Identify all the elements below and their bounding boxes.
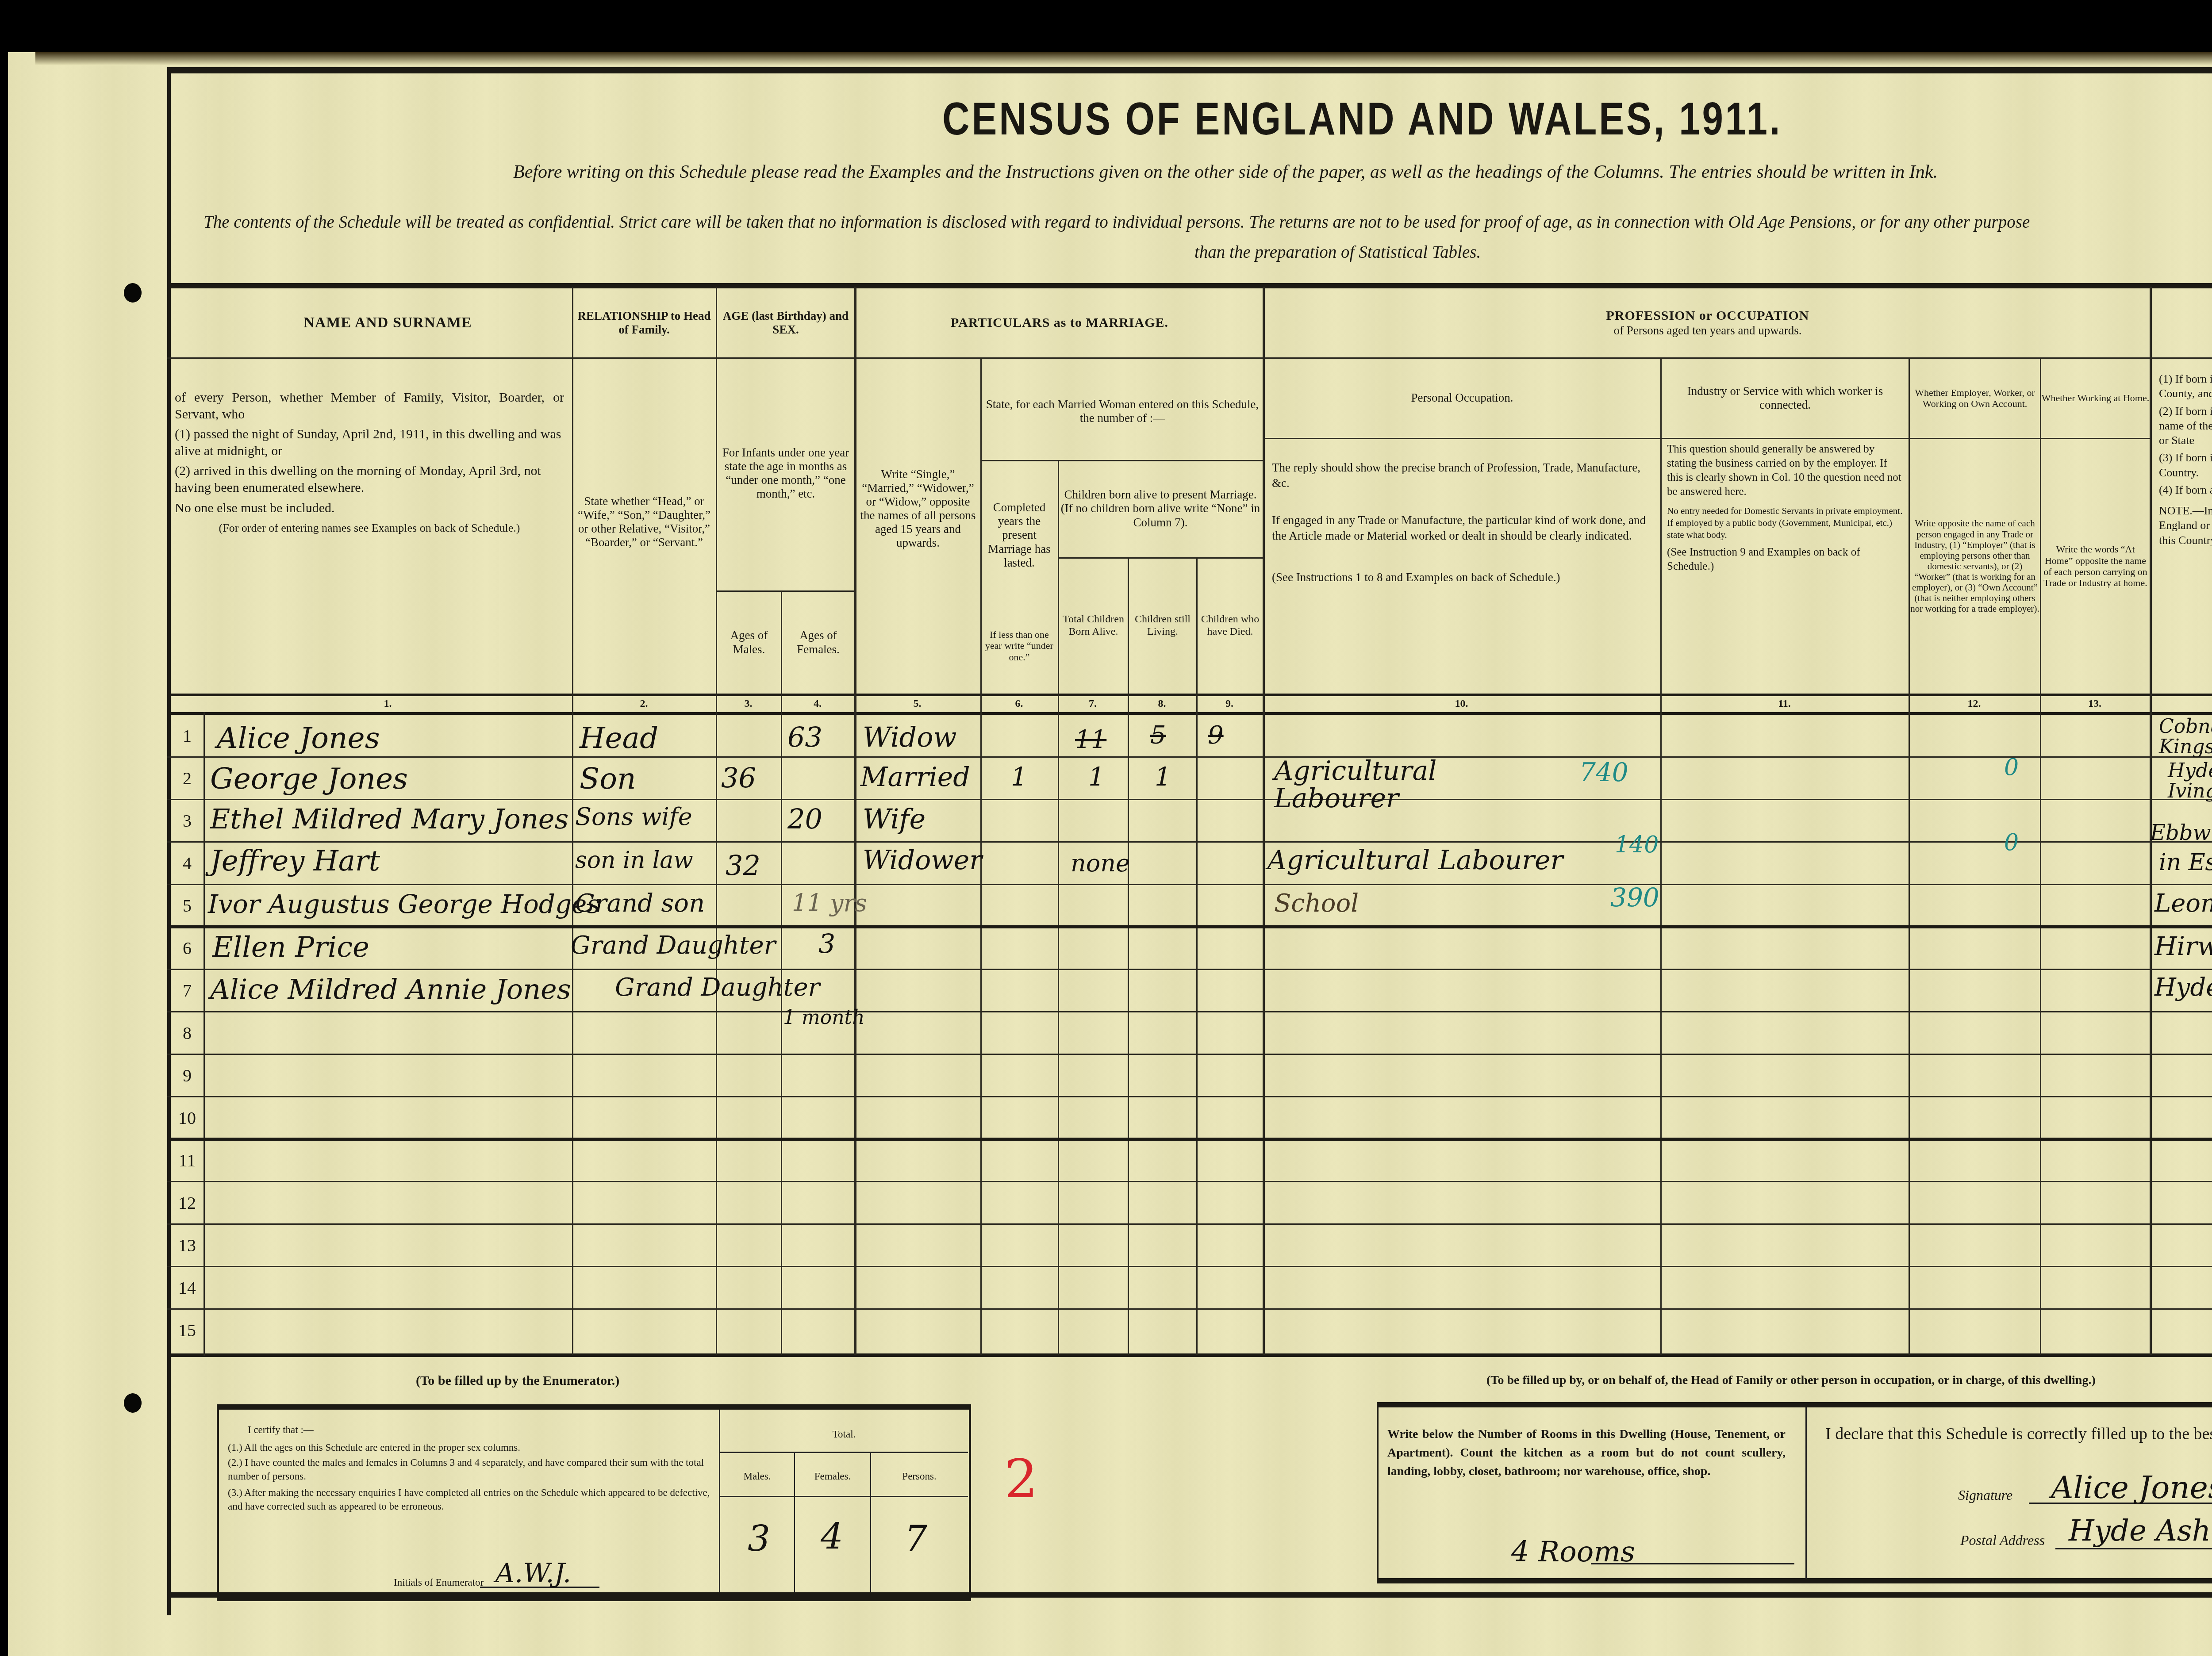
col-divider-9 <box>1196 557 1198 1355</box>
entry-condition[interactable]: Widow <box>863 721 957 753</box>
entry-children-living[interactable]: 1 <box>1155 762 1171 792</box>
red-tally-mark: 2 <box>1004 1449 1038 1510</box>
row-line <box>167 1011 2212 1012</box>
entry-birthplace[interactable]: in Essex <box>2159 849 2212 876</box>
heading-relationship: RELATIONSHIP to Head of Family. <box>573 290 715 356</box>
entry-birthplace[interactable]: Cobnash Parish of Kingsland Herefords <box>2159 717 2212 757</box>
industry-text-3: If employed by a public body (Government… <box>1667 517 1904 541</box>
row-number: 10 <box>172 1108 203 1128</box>
birthplace-item-4: (4) If born at sea, write “At Sea.” <box>2159 483 2212 497</box>
row-number: 2 <box>172 768 203 789</box>
name-intro: of every Person, whether Member of Famil… <box>175 389 564 423</box>
row-line <box>167 1266 2212 1267</box>
heading-children-living: Children still Living. <box>1129 575 1196 677</box>
colnum-5: 5. <box>854 698 980 710</box>
entry-birthplace[interactable]: Hirwain Monmouths <box>2154 931 2212 961</box>
col-divider-10 <box>1263 287 1265 1355</box>
entry-relationship[interactable]: Grand Daughter <box>571 931 776 960</box>
table-top-border <box>167 283 2212 288</box>
row-number: 8 <box>172 1023 203 1043</box>
heading-employer: Whether Employer, Worker, or Working on … <box>1910 360 2039 436</box>
heading-years-married: Completed years the present Marriage has… <box>981 469 1057 602</box>
entry-occupation[interactable]: School <box>1274 889 1359 918</box>
certify-item-1: (1.) All the ages on this Schedule are e… <box>228 1441 710 1454</box>
entry-name[interactable]: Ethel Mildred Mary Jones <box>210 803 568 835</box>
entry-relationship[interactable]: son in law <box>575 847 693 874</box>
occupation-title: PROFESSION or OCCUPATION <box>1606 308 1809 324</box>
married-woman-instructions: State, for each Married Woman entered on… <box>983 367 1262 456</box>
paper-worn-edge <box>35 52 2212 65</box>
row-number: 11 <box>172 1150 203 1171</box>
entry-occupation[interactable]: Agricultural Labourer <box>1267 845 1563 876</box>
ink-instruction: Before writing on this Schedule please r… <box>513 161 1938 183</box>
head-of-family-heading: (To be filled up by, or on behalf of, th… <box>1486 1373 2096 1388</box>
entry-name[interactable]: Alice Mildred Annie Jones <box>210 973 571 1005</box>
industry-instructions: This question should generally be answer… <box>1667 442 1904 574</box>
heading-children-died: Children who have Died. <box>1198 575 1263 677</box>
total-females[interactable]: 4 <box>821 1516 843 1557</box>
birthplace-note: NOTE.—In the case of persons born elsewh… <box>2159 503 2212 548</box>
entry-age-female[interactable]: 63 <box>787 721 822 753</box>
row-number: 6 <box>172 938 203 958</box>
entry-relationship[interactable]: Grand Daughter <box>615 973 820 1002</box>
colnum-2: 2. <box>572 698 716 710</box>
col-divider-5 <box>854 287 856 1355</box>
entry-employer-code: 0 <box>2004 754 2019 781</box>
row-number: 1 <box>172 725 203 746</box>
total-label: Total. <box>720 1427 968 1441</box>
industry-text-2: No entry needed for Domestic Servants in… <box>1667 505 1904 517</box>
birthplace-item-1: (1) If born in the United Kingdom, write… <box>2159 372 2212 401</box>
birthplace-item-2: (2) If born in any other part of the Bri… <box>2159 404 2212 448</box>
row-line <box>167 1181 2212 1182</box>
postal-address-line <box>2055 1548 2212 1549</box>
entry-years-married[interactable]: 1 <box>1011 762 1027 792</box>
col-divider-2 <box>572 287 573 1355</box>
enumerator-certificate-box: I certify that :— (1.) All the ages on t… <box>217 1404 971 1601</box>
row-number: 14 <box>172 1277 203 1298</box>
data-top-border <box>167 712 2212 715</box>
entry-children-died[interactable]: 9 <box>1208 721 1224 750</box>
column-number-divider <box>167 694 2212 696</box>
entry-occupation-code: 740 <box>1579 757 1628 787</box>
age-subdivider <box>716 590 854 592</box>
row-line <box>167 841 2212 843</box>
row-line <box>167 1096 2212 1097</box>
entry-relationship[interactable]: Son <box>580 762 636 796</box>
females-label: Females. <box>795 1469 870 1483</box>
colnum-8: 8. <box>1128 698 1196 710</box>
birthplace-instructions: (1) If born in the United Kingdom, write… <box>2159 372 2212 548</box>
declaration-text: I declare that this Schedule is correctl… <box>1825 1424 2212 1444</box>
heading-divider <box>167 357 2212 359</box>
punch-hole-top <box>124 283 142 303</box>
postal-address-line-1[interactable]: Hyde Ash Leominster <box>2069 1514 2212 1548</box>
entry-age-male[interactable]: 32 <box>726 849 760 882</box>
entry-relationship[interactable]: Grand son <box>575 889 705 918</box>
name-item-2: (2) arrived in this dwelling on the morn… <box>175 463 564 497</box>
row-number: 4 <box>172 853 203 874</box>
entry-occupation-code: 140 <box>1615 832 1659 858</box>
entry-age-male[interactable]: 36 <box>721 762 756 794</box>
heading-marriage: PARTICULARS as to MARRIAGE. <box>856 290 1263 356</box>
colnum-9: 9. <box>1196 698 1263 710</box>
entry-employer-code: 0 <box>2004 829 2019 856</box>
form-bottom-border <box>167 1592 2212 1598</box>
entry-age-female[interactable]: 3 <box>818 929 835 960</box>
personal-occupation-text-2: If engaged in any Trade or Manufacture, … <box>1272 513 1652 543</box>
row-line <box>167 756 2212 758</box>
heading-ages-males: Ages of Males. <box>717 593 781 692</box>
entry-relationship[interactable]: Sons wife <box>575 803 692 831</box>
colnum-1: 1. <box>204 698 572 710</box>
entry-relationship[interactable]: Head <box>580 721 658 755</box>
entry-age-male[interactable]: 11 yrs <box>792 889 867 917</box>
name-no-one-else: No one else must be included. <box>175 500 564 517</box>
children-subdivider <box>1058 557 1263 559</box>
heading-occupation: PROFESSION or OCCUPATION of Persons aged… <box>1265 292 2150 354</box>
row-number: 9 <box>172 1065 203 1086</box>
row-line <box>167 884 2212 885</box>
certify-item-2: (2.) I have counted the males and female… <box>228 1456 710 1483</box>
row-number: 5 <box>172 895 203 916</box>
employer-instructions: Write opposite the name of each person e… <box>1910 440 2039 692</box>
row-number: 7 <box>172 980 203 1001</box>
colnum-6: 6. <box>980 698 1058 710</box>
children-born-note: Children born alive to present Marriage.… <box>1059 464 1262 553</box>
colnum-10: 10. <box>1263 698 1660 710</box>
personal-occupation-text-3: (See Instructions 1 to 8 and Examples on… <box>1272 570 1652 585</box>
colnum-12: 12. <box>1909 698 2040 710</box>
total-persons[interactable]: 7 <box>905 1518 927 1559</box>
row-line <box>167 1223 2212 1225</box>
col-divider-12 <box>1909 358 1910 1355</box>
years-married-note: If less than one year write “under one.” <box>981 602 1057 690</box>
punch-hole-bottom <box>124 1393 142 1413</box>
birthplace-item-3: (3) If born in a Foreign Country, write … <box>2159 450 2212 480</box>
name-order-note: (For order of entering names see Example… <box>175 521 564 535</box>
row-line <box>167 1054 2212 1055</box>
enumerator-initials[interactable]: A.W.J. <box>495 1558 571 1589</box>
row-number: 3 <box>172 810 203 831</box>
colnum-7: 7. <box>1058 698 1128 710</box>
personal-occupation-instructions: The reply should show the precise branch… <box>1272 460 1652 585</box>
marriage-condition-instructions: Write “Single,” “Married,” “Widower,” or… <box>858 398 978 619</box>
males-label: Males. <box>720 1469 794 1483</box>
entry-name[interactable]: George Jones <box>210 762 408 796</box>
entry-name[interactable]: Jeffrey Hart <box>210 845 380 878</box>
colnum-13: 13. <box>2040 698 2150 710</box>
entry-birthplace[interactable]: Hyde Ash Parish of Ivington do <box>2168 761 2212 801</box>
row-line-thick <box>167 1138 2212 1141</box>
entry-name[interactable]: Ivor Augustus George Hodges <box>208 889 600 919</box>
entry-children-born[interactable]: none <box>1071 849 1130 877</box>
industry-text-4: (See Instruction 9 and Examples on back … <box>1667 545 1904 574</box>
entry-occupation-code: 390 <box>1610 882 1659 912</box>
entry-birthplace[interactable]: Hyde Ash Ivington Herefords <box>2154 973 2212 1002</box>
colnum-14: 14 <box>2150 698 2212 710</box>
total-males[interactable]: 3 <box>748 1518 770 1559</box>
signature-label: Signature <box>1958 1487 2012 1503</box>
entry-condition[interactable]: Widower <box>863 845 982 876</box>
colnum-3: 3. <box>716 698 781 710</box>
col-divider-11 <box>1660 358 1662 1355</box>
confidential-notice: The contents of the Schedule will be tre… <box>204 212 2030 232</box>
name-instructions: of every Person, whether Member of Famil… <box>175 389 564 535</box>
heading-at-home: Whether Working at Home. <box>2041 360 2150 436</box>
row-line <box>167 969 2212 970</box>
enumerator-heading: (To be filled up by the Enumerator.) <box>416 1373 619 1388</box>
rooms-instruction: Write below the Number of Rooms in this … <box>1387 1425 1786 1481</box>
colnum-11: 11. <box>1660 698 1909 710</box>
row-number: 13 <box>172 1235 203 1256</box>
occupation-subtitle: of Persons aged ten years and upwards. <box>1613 324 1801 337</box>
form-title: CENSUS OF ENGLAND AND WALES, 1911. <box>942 93 1782 146</box>
heading-industry: Industry or Service with which worker is… <box>1663 363 1907 433</box>
row-number: 12 <box>172 1192 203 1213</box>
name-item-1: (1) passed the night of Sunday, April 2n… <box>175 426 564 460</box>
col-divider-8 <box>1128 557 1129 1355</box>
total-divider <box>720 1452 968 1453</box>
entry-name[interactable]: Ellen Price <box>212 931 369 964</box>
age-instructions: For Infants under one year state the age… <box>717 385 854 562</box>
rownum-divider <box>204 712 205 1356</box>
heading-age: AGE (last Birthday) and SEX. <box>717 290 854 356</box>
heading-ages-females: Ages of Females. <box>782 593 854 692</box>
table-bottom-border <box>167 1353 2212 1357</box>
initials-label: Initials of Enumerator <box>394 1575 484 1589</box>
entry-birthplace[interactable]: Leominster Hereford <box>2154 889 2212 918</box>
totals-subdivider <box>720 1496 968 1497</box>
row-line <box>167 1308 2212 1310</box>
row-number: 15 <box>172 1320 203 1341</box>
occupation-subdivider <box>1263 438 2150 439</box>
at-home-instructions: Write the words “At Home” opposite the n… <box>2041 440 2150 692</box>
entry-age-female[interactable]: 20 <box>787 803 822 835</box>
certify-item-3: (3.) After making the necessary enquirie… <box>228 1486 710 1513</box>
certify-label: I certify that :— <box>248 1423 314 1437</box>
entry-name[interactable]: Alice Jones <box>217 721 380 755</box>
persons-label: Persons. <box>871 1469 968 1483</box>
rooms-divider <box>1805 1407 1807 1579</box>
entry-children-born[interactable]: 1 <box>1088 762 1105 792</box>
heading-birthplace: BIRTHPLACE of every person. <box>2152 292 2212 354</box>
row-line <box>167 799 2212 800</box>
postal-address-label: Postal Address <box>1960 1532 2045 1549</box>
entry-age-female[interactable]: 1 month <box>783 1006 865 1029</box>
entry-condition[interactable]: Wife <box>863 803 926 835</box>
colnum-4: 4. <box>781 698 854 710</box>
heading-personal-occupation: Personal Occupation. <box>1265 363 1659 433</box>
relationship-instructions: State whether “Head,” or “Wife,” “Son,” … <box>575 425 713 619</box>
confidential-notice-2: than the preparation of Statistical Tabl… <box>1194 242 1481 262</box>
heading-children-total: Total Children Born Alive. <box>1059 575 1128 677</box>
entry-children-living[interactable]: 5 <box>1150 721 1166 750</box>
entry-birthplace[interactable]: Ebbw Vale Monmouths <box>2150 820 2212 845</box>
signature-value[interactable]: Alice Jones <box>2051 1469 2212 1506</box>
entry-occupation[interactable]: Agricultural Labourer <box>1274 757 1522 812</box>
row-line-thick <box>167 925 2212 928</box>
head-of-family-box: Write below the Number of Rooms in this … <box>1377 1402 2212 1583</box>
entry-children-born[interactable]: 11 <box>1075 725 1106 754</box>
industry-text-1: This question should generally be answer… <box>1667 442 1904 499</box>
personal-occupation-text-1: The reply should show the precise branch… <box>1272 460 1652 491</box>
entry-condition[interactable]: Married <box>860 762 970 793</box>
heading-name: NAME AND SURNAME <box>204 290 572 356</box>
rooms-line <box>1591 1563 1794 1564</box>
marriage-subdivider <box>980 460 1263 461</box>
